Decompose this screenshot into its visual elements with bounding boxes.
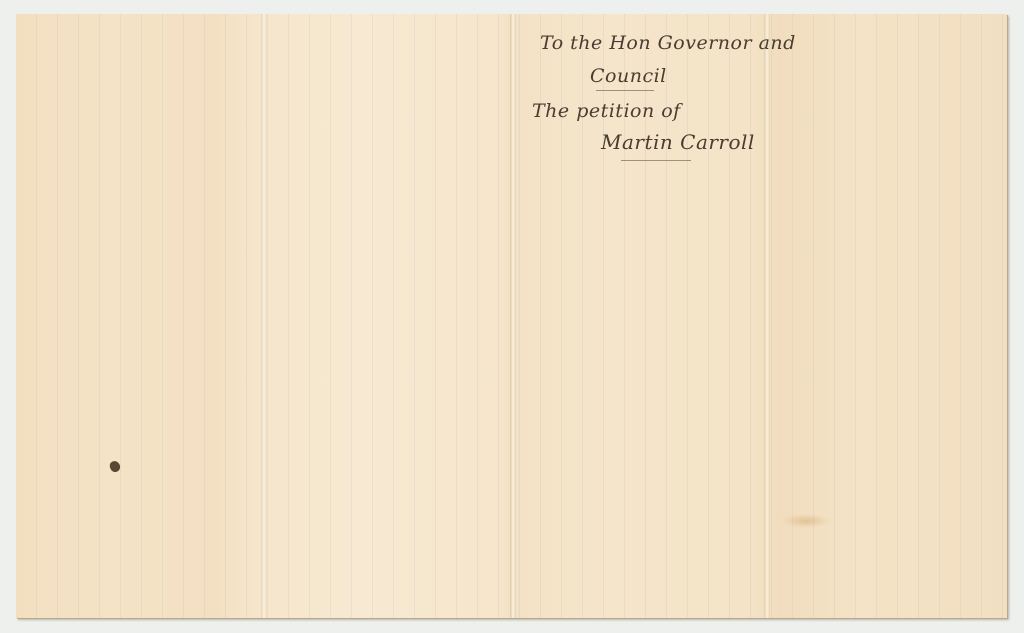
fold-line	[261, 14, 267, 618]
docket-line-petitioner: Martin Carroll	[601, 130, 755, 154]
docket-line-petition: The petition of	[532, 100, 681, 122]
document-scan: To the Hon Governor and Council The peti…	[0, 0, 1024, 633]
fold-line	[510, 14, 516, 618]
fold-line	[764, 14, 770, 618]
docket-line-addressee: To the Hon Governor and	[540, 32, 796, 54]
underline	[621, 160, 691, 161]
underline	[596, 90, 654, 91]
stain-mark	[781, 514, 831, 528]
docket-line-council: Council	[590, 65, 667, 87]
paper-sheet: To the Hon Governor and Council The peti…	[16, 14, 1007, 618]
